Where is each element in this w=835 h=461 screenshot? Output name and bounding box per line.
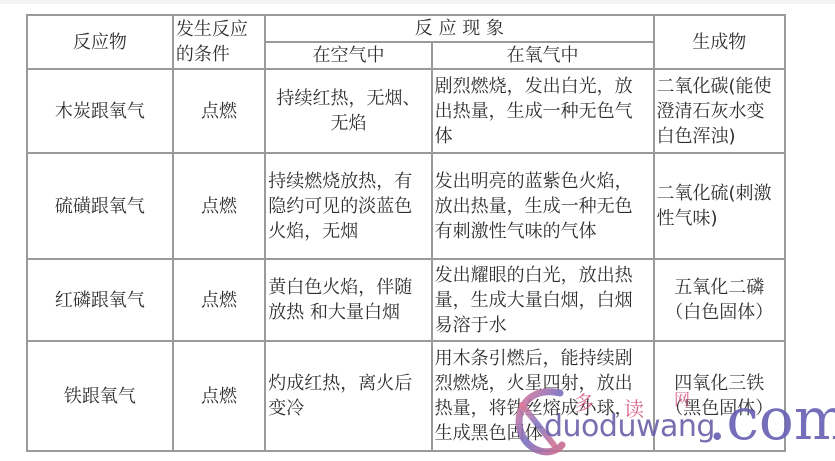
- cell-product: 四氧化三铁（黑色固体）: [654, 341, 786, 451]
- cell-product: 二氧化硫(刺激性气味): [654, 153, 786, 259]
- table-row-sulfur: 硫磺跟氧气 点燃 持续燃烧放热，有隐约可见的淡蓝色火焰，无烟 发出明亮的蓝紫色火…: [27, 153, 785, 259]
- combustion-reaction-table: 反应物 发生反应的条件 反 应 现 象 生成物 在空气中 在氧气中 木炭跟氧气 …: [26, 14, 786, 452]
- cell-in-oxygen: 剧烈燃烧，发出白光，放出热量，生成一种无色气体: [432, 69, 654, 153]
- header-reactant: 反应物: [27, 15, 173, 69]
- cell-in-air: 灼成红热，离火后变冷: [265, 341, 431, 451]
- cell-product: 五氧化二磷（白色固体）: [654, 259, 786, 341]
- cell-reactant: 木炭跟氧气: [27, 69, 173, 153]
- table-row-charcoal: 木炭跟氧气 点燃 持续红热，无烟、无焰 剧烈燃烧，发出白光，放出热量，生成一种无…: [27, 69, 785, 153]
- table-row-iron: 铁跟氧气 点燃 灼成红热，离火后变冷 用木条引燃后，能持续剧烈燃烧，火星四射，放…: [27, 341, 785, 451]
- header-phenomenon: 反 应 现 象: [265, 15, 653, 42]
- cell-in-oxygen: 用木条引燃后，能持续剧烈燃烧，火星四射，放出热量，将铁丝熔成小球，生成黑色固体: [432, 341, 654, 451]
- header-product: 生成物: [654, 15, 786, 69]
- cell-condition: 点燃: [173, 69, 265, 153]
- cell-in-air: 持续红热，无烟、无焰: [265, 69, 431, 153]
- cell-condition: 点燃: [173, 153, 265, 259]
- cell-reactant: 红磷跟氧气: [27, 259, 173, 341]
- header-in-air: 在空气中: [265, 42, 431, 69]
- cell-condition: 点燃: [173, 259, 265, 341]
- cell-reactant: 硫磺跟氧气: [27, 153, 173, 259]
- top-strip: [0, 0, 835, 4]
- cell-in-oxygen: 发出耀眼的白光，放出热量，生成大量白烟，白烟易溶于水: [432, 259, 654, 341]
- cell-in-air: 黄白色火焰，伴随放热 和大量白烟: [265, 259, 431, 341]
- cell-product: 二氧化碳(能使澄清石灰水变白色浑浊): [654, 69, 786, 153]
- header-in-oxygen: 在氧气中: [432, 42, 654, 69]
- cell-reactant: 铁跟氧气: [27, 341, 173, 451]
- header-condition: 发生反应的条件: [173, 15, 265, 69]
- cell-in-air: 持续燃烧放热，有隐约可见的淡蓝色火焰，无烟: [265, 153, 431, 259]
- cell-in-oxygen: 发出明亮的蓝紫色火焰，放出热量，生成一种无色有刺激性气味的气体: [432, 153, 654, 259]
- cell-condition: 点燃: [173, 341, 265, 451]
- table-row-red-phosphorus: 红磷跟氧气 点燃 黄白色火焰，伴随放热 和大量白烟 发出耀眼的白光，放出热量，生…: [27, 259, 785, 341]
